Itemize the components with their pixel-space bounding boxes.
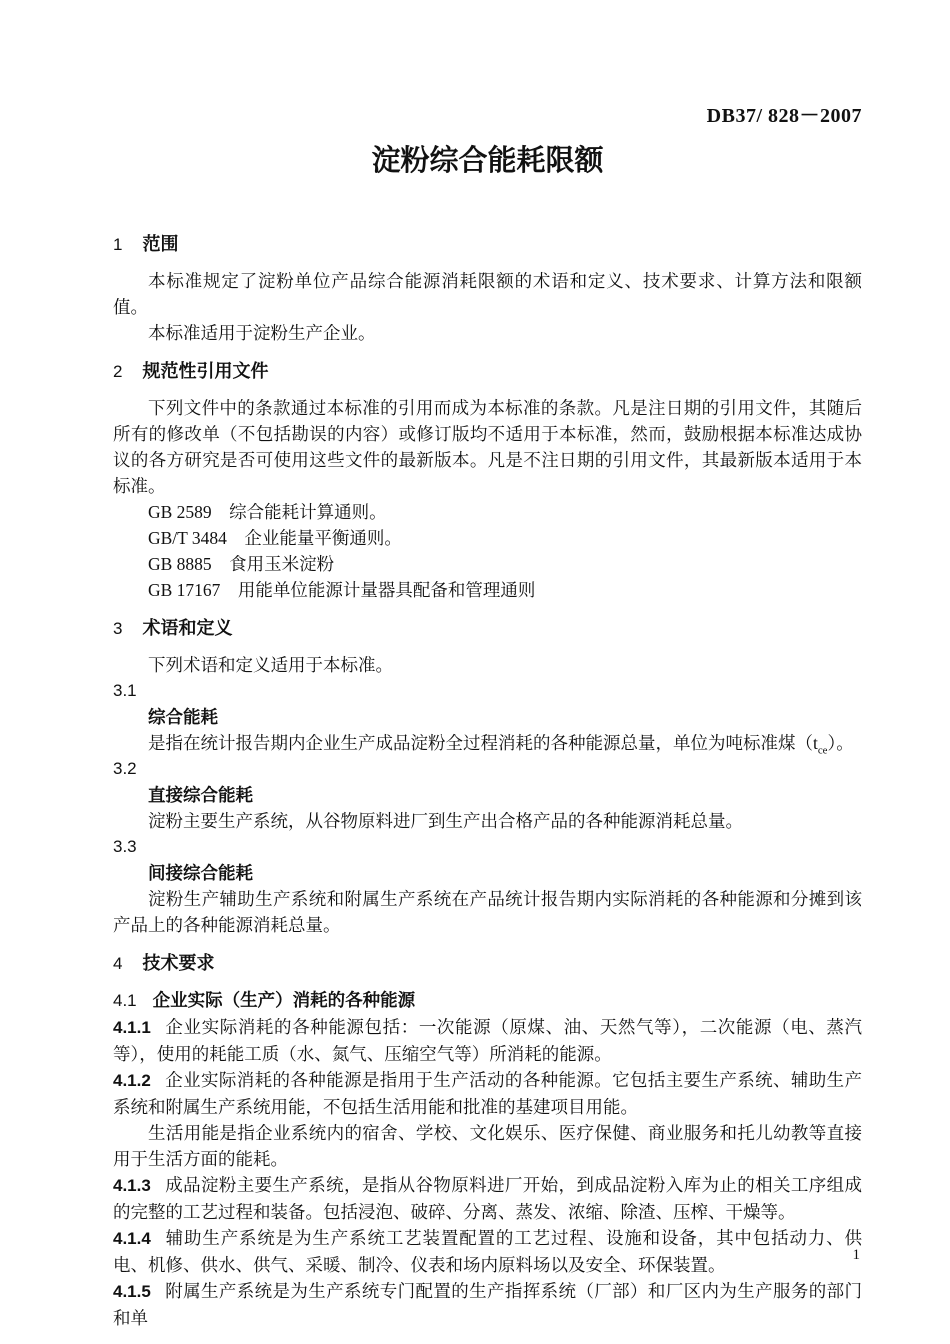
section-1-number: 1 xyxy=(113,232,122,258)
clause-4-1-3-text: 成品淀粉主要生产系统，是指从谷物原料进厂开始，到成品淀粉入库为止的相关工序组成的… xyxy=(113,1175,862,1222)
section-scope: 1范围 本标准规定了淀粉单位产品综合能源消耗限额的术语和定义、技术要求、计算方法… xyxy=(113,231,862,346)
clause-4-1-2-number: 4.1.2 xyxy=(113,1071,151,1090)
section-4-heading: 4技术要求 xyxy=(113,950,862,977)
clause-4-1-4: 4.1.4辅助生产系统是为生产系统工艺装置配置的工艺过程、设施和设备，其中包括动… xyxy=(113,1225,862,1278)
page-number: 1 xyxy=(853,1246,861,1264)
document-page: DB37/ 828－2007 淀粉综合能耗限额 1范围 本标准规定了淀粉单位产品… xyxy=(0,0,950,1344)
term-3-1-definition-end: ）。 xyxy=(828,733,854,753)
term-3-2-name: 直接综合能耗 xyxy=(113,782,862,808)
section-normative-references: 2规范性引用文件 下列文件中的条款通过本标准的引用而成为本标准的条款。凡是注日期… xyxy=(113,358,862,603)
term-3-2-definition: 淀粉主要生产系统，从谷物原料进厂到生产出合格产品的各种能源消耗总量。 xyxy=(113,808,862,834)
section-terms-definitions: 3术语和定义 下列术语和定义适用于本标准。 3.1 综合能耗 是指在统计报告期内… xyxy=(113,615,862,938)
section-2-heading: 2规范性引用文件 xyxy=(113,358,862,385)
reference-item: GB 2589 综合能耗计算通则。 xyxy=(113,499,862,525)
reference-item: GB 8885 食用玉米淀粉 xyxy=(113,551,862,577)
clause-4-1-5-text: 附属生产系统是为生产系统专门配置的生产指挥系统（厂部）和厂区内为生产服务的部门和… xyxy=(113,1281,862,1328)
section-1-title: 范围 xyxy=(142,234,178,254)
subsection-4-1-heading: 4.1企业实际（生产）消耗的各种能源 xyxy=(113,987,862,1014)
document-title: 淀粉综合能耗限额 xyxy=(113,143,862,179)
term-3-3-name: 间接综合能耗 xyxy=(113,860,862,886)
term-3-3-definition: 淀粉生产辅助生产系统和附属生产系统在产品统计报告期内实际消耗的各种能源和分摊到该… xyxy=(113,886,862,938)
section-2-number: 2 xyxy=(113,359,122,385)
section-4-number: 4 xyxy=(113,951,122,977)
clause-4-1-1-text: 企业实际消耗的各种能源包括：一次能源（原煤、油、天然气等），二次能源（电、蒸汽等… xyxy=(113,1017,862,1064)
section-2-title: 规范性引用文件 xyxy=(142,361,268,381)
clause-4-1-3: 4.1.3成品淀粉主要生产系统，是指从谷物原料进厂开始，到成品淀粉入库为止的相关… xyxy=(113,1172,862,1225)
clause-4-1-1: 4.1.1企业实际消耗的各种能源包括：一次能源（原煤、油、天然气等），二次能源（… xyxy=(113,1014,862,1067)
clause-4-1-2: 4.1.2企业实际消耗的各种能源是指用于生产活动的各种能源。它包括主要生产系统、… xyxy=(113,1067,862,1120)
clause-4-1-4-number: 4.1.4 xyxy=(113,1229,151,1248)
standard-number: DB37/ 828－2007 xyxy=(113,105,862,127)
clause-4-1-2-text: 企业实际消耗的各种能源是指用于生产活动的各种能源。它包括主要生产系统、辅助生产系… xyxy=(113,1070,862,1117)
subsection-4-1-number: 4.1 xyxy=(113,988,137,1014)
subsection-4-1-title: 企业实际（生产）消耗的各种能源 xyxy=(153,990,416,1010)
clause-4-1-5: 4.1.5附属生产系统是为生产系统专门配置的生产指挥系统（厂部）和厂区内为生产服… xyxy=(113,1278,862,1331)
term-3-3-number: 3.3 xyxy=(113,834,862,860)
references-intro-paragraph: 下列文件中的条款通过本标准的引用而成为本标准的条款。凡是注日期的引用文件，其随后… xyxy=(113,395,862,499)
clause-4-1-3-number: 4.1.3 xyxy=(113,1176,151,1195)
scope-paragraph-1: 本标准规定了淀粉单位产品综合能源消耗限额的术语和定义、技术要求、计算方法和限额值… xyxy=(113,268,862,320)
reference-item: GB 17167 用能单位能源计量器具配备和管理通则 xyxy=(113,577,862,603)
term-3-1-name: 综合能耗 xyxy=(113,704,862,730)
section-4-title: 技术要求 xyxy=(142,953,214,973)
section-3-number: 3 xyxy=(113,616,122,642)
clause-4-1-1-number: 4.1.1 xyxy=(113,1018,151,1037)
section-1-heading: 1范围 xyxy=(113,231,862,258)
reference-item: GB/T 3484 企业能量平衡通则。 xyxy=(113,525,862,551)
scope-paragraph-2: 本标准适用于淀粉生产企业。 xyxy=(113,320,862,346)
section-technical-requirements: 4技术要求 4.1企业实际（生产）消耗的各种能源 4.1.1企业实际消耗的各种能… xyxy=(113,950,862,1331)
term-3-1-number: 3.1 xyxy=(113,678,862,704)
section-3-heading: 3术语和定义 xyxy=(113,615,862,642)
section-3-title: 术语和定义 xyxy=(142,618,232,638)
term-3-1-definition-text: 是指在统计报告期内企业生产成品淀粉全过程消耗的各种能源总量，单位为吨标准煤（t xyxy=(148,733,818,753)
clause-4-1-2-note: 生活用能是指企业系统内的宿舍、学校、文化娱乐、医疗保健、商业服务和托儿幼教等直接… xyxy=(113,1120,862,1172)
tce-subscript: ce xyxy=(818,745,828,757)
clause-4-1-5-number: 4.1.5 xyxy=(113,1282,151,1301)
terms-intro: 下列术语和定义适用于本标准。 xyxy=(113,652,862,678)
term-3-1-definition: 是指在统计报告期内企业生产成品淀粉全过程消耗的各种能源总量，单位为吨标准煤（tc… xyxy=(113,730,862,756)
clause-4-1-4-text: 辅助生产系统是为生产系统工艺装置配置的工艺过程、设施和设备，其中包括动力、供电、… xyxy=(113,1228,862,1275)
term-3-2-number: 3.2 xyxy=(113,756,862,782)
